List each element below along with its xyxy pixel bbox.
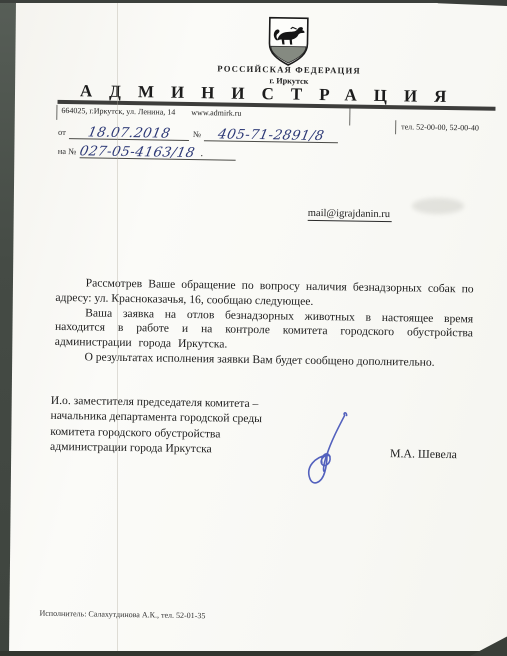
scan-edge-bottom [0, 651, 507, 656]
ref-outgoing-row: от 18.07.2018 № 405-71-2891/8 [58, 126, 338, 143]
form-line-left [56, 105, 57, 120]
ref-number-field: 405-71-2891/8 [204, 128, 338, 143]
ref-date-field: 18.07.2018 [69, 126, 189, 141]
handwritten-date: 18.07.2018 [87, 126, 172, 139]
postal-address: 664025, г.Иркутск, ул. Ленина, 14 [61, 106, 175, 117]
ref-incoming-row: на № 027-05-4163/18 . [58, 145, 236, 161]
ref-number-label: № [189, 129, 204, 141]
handwritten-incoming-number: 027-05-4163/18 [78, 145, 195, 159]
executor-note: Исполнитель: Салахутдинова А.К., тел. 52… [39, 609, 205, 621]
coat-of-arms-icon [265, 15, 312, 70]
position-line-4: администрации города Иркутска [50, 439, 330, 459]
scanned-letter-page: РОССИЙСКАЯ ФЕДЕРАЦИЯ г. Иркутск АДМИНИСТ… [0, 0, 507, 656]
handwritten-number: 405-71-2891/8 [217, 128, 325, 142]
scan-edge-top [0, 0, 507, 3]
website: www.admirk.ru [191, 108, 241, 118]
header-phone: тел. 52-00-00, 52-00-40 [401, 122, 479, 133]
ref-from-label: от [58, 127, 69, 139]
paper-crease [117, 0, 118, 656]
signer-name: М.А. Шевела [390, 446, 457, 462]
ref-incoming-label: на № [58, 146, 80, 158]
letter-content: РОССИЙСКАЯ ФЕДЕРАЦИЯ г. Иркутск АДМИНИСТ… [0, 0, 507, 656]
recipient-email: mail@igrajdanin.ru [308, 208, 392, 222]
scan-smudge [412, 198, 464, 214]
ref-incoming-field: 027-05-4163/18 . [79, 145, 235, 160]
signer-position-block: И.о. заместителя председателя комитета –… [50, 393, 331, 459]
form-line-phone [395, 120, 396, 134]
header-address: 664025, г.Иркутск, ул. Ленина, 14 www.ad… [61, 106, 241, 119]
form-line-middle [349, 108, 350, 125]
signature-ink [297, 409, 364, 498]
